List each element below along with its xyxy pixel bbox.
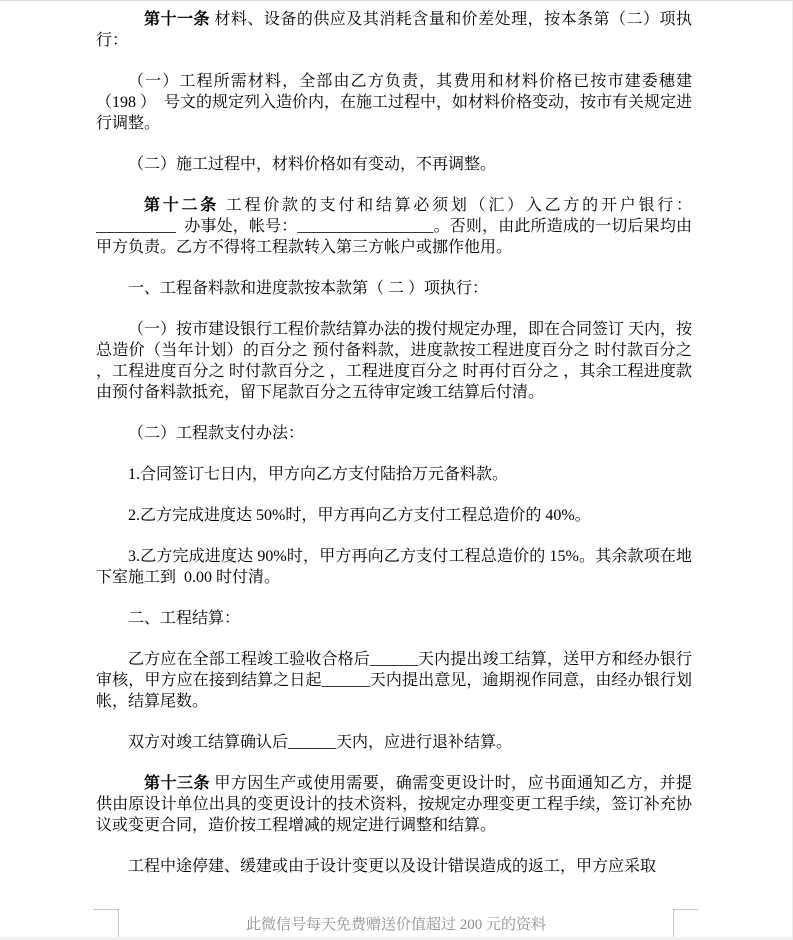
paragraph-text: 一、工程备料款和进度款按本款第（ 二 ）项执行：	[128, 280, 488, 297]
paragraph-text: 双方对竣工结算确认后______天内，应进行退补结算。	[128, 734, 512, 751]
article-number: 第十二条	[144, 197, 219, 214]
watermark-footer: 此微信号每天免费赠送价值超过 200 元的资料	[0, 916, 792, 935]
paragraph-text: 工程中途停建、缓建或由于设计变更以及设计错误造成的返工，甲方应采取	[128, 858, 656, 875]
article-number: 第十一条	[144, 11, 210, 28]
paragraph: （一）工程所需材料，全部由乙方负责，其费用和材料价格已按市建委穗建（198 ） …	[96, 71, 692, 134]
paragraph-text: 1.合同签订七日内，甲方向乙方支付陆拾万元备料款。	[128, 466, 508, 483]
paragraph: 工程中途停建、缓建或由于设计变更以及设计错误造成的返工，甲方应采取	[96, 856, 692, 877]
paragraph-text: 3.乙方完成进度达 90%时，甲方再向乙方支付工程总造价的 15%。其余款项在地…	[96, 548, 692, 586]
paragraph: 1.合同签订七日内，甲方向乙方支付陆拾万元备料款。	[96, 464, 692, 485]
paragraph: 二、工程结算：	[96, 608, 692, 629]
document-text-area[interactable]: 第十一条 材料、设备的供应及其消耗含量和价差处理，按本条第（二）项执行：（一）工…	[96, 9, 692, 897]
paragraph: 双方对竣工结算确认后______天内，应进行退补结算。	[96, 732, 692, 753]
paragraph: （二）工程款支付办法：	[96, 423, 692, 444]
article-number: 第十三条	[144, 775, 210, 792]
paragraph: 一、工程备料款和进度款按本款第（ 二 ）项执行：	[96, 278, 692, 299]
paragraph: 第十二条 工程价款的支付和结算必须划（汇）入乙方的开户银行：__________…	[96, 195, 692, 258]
paragraph: 3.乙方完成进度达 90%时，甲方再向乙方支付工程总造价的 15%。其余款项在地…	[96, 546, 692, 588]
paragraph-text: 乙方应在全部工程竣工验收合格后______天内提出竣工结算，送甲方和经办银行审核…	[96, 651, 692, 710]
paragraph-text: （一）工程所需材料，全部由乙方负责，其费用和材料价格已按市建委穗建（198 ） …	[96, 73, 692, 132]
paragraph-text: 2.乙方完成进度达 50%时，甲方再向乙方支付工程总造价的 40%。	[128, 507, 591, 524]
paragraph: 第十一条 材料、设备的供应及其消耗含量和价差处理，按本条第（二）项执行：	[96, 9, 692, 51]
paragraph: 乙方应在全部工程竣工验收合格后______天内提出竣工结算，送甲方和经办银行审核…	[96, 649, 692, 712]
paragraph-text: （二）工程款支付办法：	[128, 425, 304, 442]
paragraph: （一）按市建设银行工程价款结算办法的拨付规定办理，即在合同签订 天内，按总造价（…	[96, 319, 692, 403]
paragraph: 第十三条 甲方因生产或使用需要，确需变更设计时，应书面通知乙方，并提供由原设计单…	[96, 773, 692, 836]
paragraph: （二）施工过程中，材料价格如有变动，不再调整。	[96, 154, 692, 175]
paragraph-text: （二）施工过程中，材料价格如有变动，不再调整。	[128, 156, 496, 173]
paragraph: 2.乙方完成进度达 50%时，甲方再向乙方支付工程总造价的 40%。	[96, 505, 692, 526]
paragraph-text: （一）按市建设银行工程价款结算办法的拨付规定办理，即在合同签订 天内，按总造价（…	[96, 321, 696, 401]
document-page[interactable]: 第十一条 材料、设备的供应及其消耗含量和价差处理，按本条第（二）项执行：（一）工…	[0, 0, 793, 940]
paragraph-text: 二、工程结算：	[128, 610, 240, 627]
